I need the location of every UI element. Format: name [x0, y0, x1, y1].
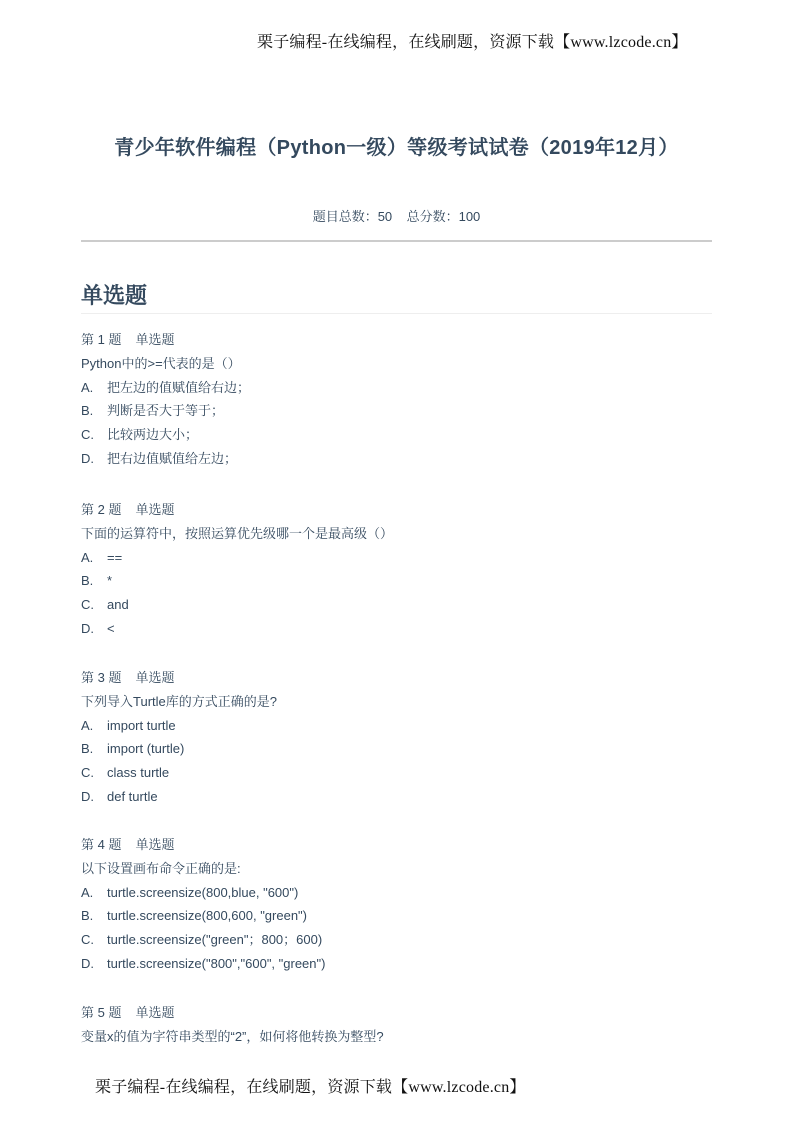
question-2: 第 2 题单选题 下面的运算符中，按照运算优先级哪一个是最高级（） A.== B…: [81, 498, 712, 641]
title-divider: [81, 240, 712, 242]
option-c: C.turtle.screensize("green"；800；600): [81, 928, 712, 952]
option-c: C.and: [81, 593, 712, 617]
option-d: D.把右边值赋值给左边；: [81, 447, 712, 471]
question-header: 第 2 题单选题: [81, 498, 712, 522]
question-number: 第 1 题: [81, 328, 121, 352]
option-key: D.: [81, 785, 107, 809]
question-number: 第 3 题: [81, 666, 121, 690]
header-watermark: 栗子编程-在线编程，在线刷题，资源下载【www.lzcode.cn】: [257, 29, 688, 52]
question-type: 单选题: [135, 498, 174, 522]
option-key: C.: [81, 593, 107, 617]
question-prompt: 以下设置画布命令正确的是:: [81, 857, 712, 881]
option-text: turtle.screensize(800,blue, "600"): [107, 881, 298, 905]
question-type: 单选题: [135, 666, 174, 690]
question-number: 第 5 题: [81, 1001, 121, 1025]
option-text: import (turtle): [107, 737, 184, 761]
section-divider: [81, 313, 712, 314]
option-key: A.: [81, 881, 107, 905]
section-title: 单选题: [81, 279, 147, 310]
option-key: A.: [81, 546, 107, 570]
question-type: 单选题: [135, 328, 174, 352]
option-text: <: [107, 617, 115, 641]
option-d: D.def turtle: [81, 785, 712, 809]
option-text: 比较两边大小；: [107, 423, 198, 447]
option-text: 把右边值赋值给左边；: [107, 447, 237, 471]
option-text: ==: [107, 546, 122, 570]
question-header: 第 4 题单选题: [81, 833, 712, 857]
option-d: D.turtle.screensize("800","600", "green"…: [81, 952, 712, 976]
option-key: C.: [81, 423, 107, 447]
question-5: 第 5 题单选题 变量x的值为字符串类型的“2”，如何将他转换为整型?: [81, 1001, 712, 1049]
question-type: 单选题: [135, 833, 174, 857]
question-header: 第 1 题单选题: [81, 328, 712, 352]
option-c: C.比较两边大小；: [81, 423, 712, 447]
option-text: *: [107, 569, 112, 593]
option-text: 把左边的值赋值给右边；: [107, 376, 250, 400]
option-key: C.: [81, 928, 107, 952]
option-b: B.import (turtle): [81, 737, 712, 761]
option-key: A.: [81, 376, 107, 400]
option-key: D.: [81, 447, 107, 471]
option-text: def turtle: [107, 785, 158, 809]
option-key: A.: [81, 714, 107, 738]
question-3: 第 3 题单选题 下列导入Turtle库的方式正确的是? A.import tu…: [81, 666, 712, 809]
question-header: 第 5 题单选题: [81, 1001, 712, 1025]
document-meta: 题目总数：50 总分数：100: [0, 206, 793, 225]
option-key: D.: [81, 617, 107, 641]
question-prompt: Python中的>=代表的是（）: [81, 352, 712, 376]
question-prompt: 变量x的值为字符串类型的“2”，如何将他转换为整型?: [81, 1025, 712, 1049]
option-a: A.import turtle: [81, 714, 712, 738]
option-key: B.: [81, 737, 107, 761]
question-prompt: 下面的运算符中，按照运算优先级哪一个是最高级（）: [81, 522, 712, 546]
document-title: 青少年软件编程（Python一级）等级考试试卷（2019年12月）: [0, 131, 793, 160]
option-text: import turtle: [107, 714, 176, 738]
option-key: B.: [81, 904, 107, 928]
question-prompt: 下列导入Turtle库的方式正确的是?: [81, 690, 712, 714]
option-text: class turtle: [107, 761, 169, 785]
question-number: 第 2 题: [81, 498, 121, 522]
footer-watermark: 栗子编程-在线编程，在线刷题，资源下载【www.lzcode.cn】: [95, 1074, 526, 1097]
option-c: C.class turtle: [81, 761, 712, 785]
option-b: B.判断是否大于等于；: [81, 399, 712, 423]
option-key: C.: [81, 761, 107, 785]
option-text: turtle.screensize(800,600, "green"): [107, 904, 307, 928]
option-text: 判断是否大于等于；: [107, 399, 224, 423]
question-4: 第 4 题单选题 以下设置画布命令正确的是: A.turtle.screensi…: [81, 833, 712, 976]
option-a: A.turtle.screensize(800,blue, "600"): [81, 881, 712, 905]
option-text: turtle.screensize("green"；800；600): [107, 928, 322, 952]
question-number: 第 4 题: [81, 833, 121, 857]
option-key: D.: [81, 952, 107, 976]
option-text: turtle.screensize("800","600", "green"): [107, 952, 325, 976]
option-b: B.turtle.screensize(800,600, "green"): [81, 904, 712, 928]
question-1: 第 1 题单选题 Python中的>=代表的是（） A.把左边的值赋值给右边； …: [81, 328, 712, 471]
option-a: A.把左边的值赋值给右边；: [81, 376, 712, 400]
question-type: 单选题: [135, 1001, 174, 1025]
option-d: D.<: [81, 617, 712, 641]
option-text: and: [107, 593, 129, 617]
option-key: B.: [81, 399, 107, 423]
option-key: B.: [81, 569, 107, 593]
question-header: 第 3 题单选题: [81, 666, 712, 690]
option-b: B.*: [81, 569, 712, 593]
option-a: A.==: [81, 546, 712, 570]
